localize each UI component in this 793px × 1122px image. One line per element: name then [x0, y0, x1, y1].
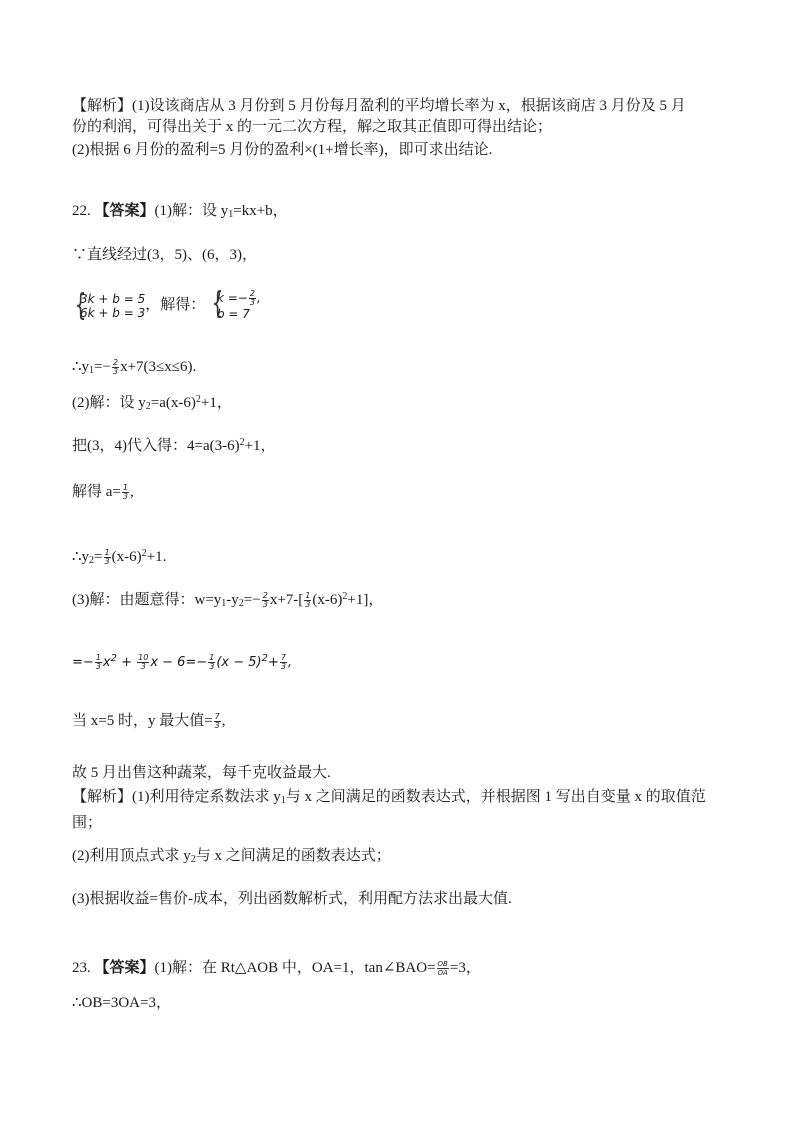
q22-part2: (2)解：设 y2=a(x-6)2+1，: [72, 391, 232, 416]
q22-solve-a: 解得 a=13,: [72, 483, 134, 501]
q22-header: 22. 【答案】(1)解：设 y1=kx+b，: [72, 202, 288, 224]
q22-max-value: 当 x=5 时，y 最大值=73,: [72, 712, 226, 730]
answer-tag: 【答案】: [95, 960, 155, 976]
q22-analysis-2: (2)利用顶点式求 y2与 x 之间满足的函数表达式；: [72, 847, 391, 869]
q22-expansion: =−13x2 + 103x − 6=−13(x − 5)2+73,: [72, 650, 292, 672]
q22-passes-points: ∵直线经过(3，5)、(6，3)，: [72, 246, 257, 264]
q22-part3: (3)解：由题意得：w=y1-y2=−23x+7-[13(x-6)2+1]，: [72, 588, 383, 613]
answer-tag: 【答案】: [95, 203, 155, 219]
q23-header: 23. 【答案】(1)解：在 Rt△AOB 中，OA=1，tan∠BAO=OBO…: [72, 959, 481, 977]
q22-substitute: 把(3，4)代入得：4=a(3-6)2+1，: [72, 434, 276, 455]
question-number: 22.: [72, 203, 91, 219]
q22-equation-system: 3k + b = 5 6k + b = 3 ，解得： k =−23, b = 7: [72, 290, 261, 321]
q22-analysis-3: (3)根据收益=售价-成本，列出函数解析式，利用配方法求出最大值.: [72, 890, 512, 908]
q23-line-2: ∴OB=3OA=3，: [72, 994, 171, 1012]
solution-system: k =−23, b = 7: [209, 290, 261, 321]
q22-y2-result: ∴y2=13(x-6)2+1.: [72, 545, 166, 570]
system-of-equations: 3k + b = 5 6k + b = 3: [72, 292, 145, 320]
q22-y1-result: ∴y1=−23x+7(3≤x≤6).: [72, 358, 196, 380]
q22-conclusion: 故 5 月出售这种蔬菜，每千克收益最大.: [72, 764, 331, 782]
analysis-21-line-1: 【解析】(1)设该商店从 3 月份到 5 月份每月盈利的平均增长率为 x，根据该…: [72, 97, 686, 115]
analysis-21-line-3: (2)根据 6 月份的盈利=5 月份的盈利×(1+增长率)，即可求出结论.: [72, 141, 492, 159]
q22-analysis-1: 【解析】(1)利用待定系数法求 y1与 x 之间满足的函数表达式，并根据图 1 …: [72, 786, 732, 834]
analysis-21-line-2: 份的利润，可得出关于 x 的一元二次方程，解之取其正值即可得出结论；: [72, 118, 552, 136]
